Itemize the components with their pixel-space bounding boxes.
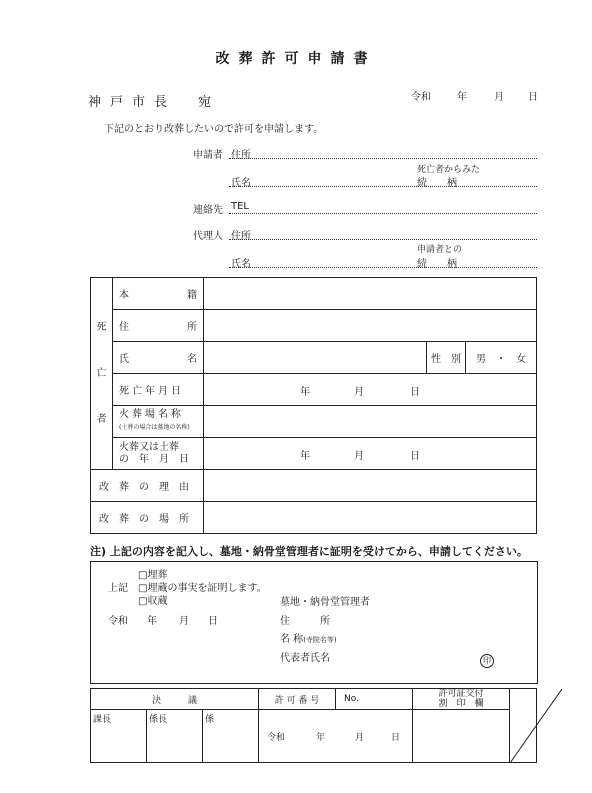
date-day: 日 bbox=[528, 88, 538, 103]
page-title: 改葬許可申請書 bbox=[0, 48, 592, 68]
role-subsection-chief[interactable]: 係長 bbox=[147, 710, 203, 763]
date-year: 年 bbox=[457, 88, 467, 103]
cert-manager-title: 墓地・納骨堂管理者 bbox=[280, 593, 370, 608]
reason-label: 改 葬 の 理 由 bbox=[91, 470, 204, 502]
intro-text: 下記のとおり改葬したいので許可を申請します。 bbox=[104, 120, 323, 135]
permit-date-field[interactable]: 令和 年 月 日 bbox=[259, 710, 413, 763]
name-field[interactable] bbox=[204, 342, 427, 374]
cert-prefix: 上記 bbox=[108, 579, 128, 594]
applicant-address-field[interactable] bbox=[229, 158, 537, 159]
permit-no-label: 許 可 番 号 bbox=[259, 689, 336, 710]
agent-relation-note: 申請者との bbox=[417, 242, 462, 255]
death-date-field[interactable]: 年 月 日 bbox=[204, 374, 537, 406]
cremation-place-field[interactable] bbox=[204, 406, 537, 438]
date-era: 令和 bbox=[411, 88, 431, 103]
seal-icon: 印 bbox=[480, 648, 494, 668]
cert-date-year: 年 bbox=[147, 612, 157, 627]
cert-rep-label: 代表者氏名 bbox=[280, 649, 330, 664]
cert-date-era: 令和 bbox=[108, 612, 128, 627]
contact-label: 連絡先 bbox=[193, 201, 223, 216]
death-date-label: 死亡年月日 bbox=[113, 374, 204, 406]
cert-name-label: 名 称(寺院名等) bbox=[280, 630, 337, 645]
instruction-note: 注) 上記の内容を記入し、墓地・納骨堂管理者に証明を受けてから、申請してください… bbox=[90, 543, 528, 559]
cert-date-month: 月 bbox=[179, 612, 189, 627]
role-section-chief[interactable]: 課長 bbox=[91, 710, 147, 763]
addressee: 神戸市長 宛 bbox=[88, 91, 220, 110]
agent-address-field[interactable] bbox=[229, 239, 537, 240]
cert-address-label: 住 所 bbox=[280, 612, 330, 627]
diagonal-cell bbox=[510, 689, 537, 763]
diagonal-line-icon bbox=[510, 689, 562, 763]
applicant-name-field[interactable] bbox=[229, 186, 537, 187]
cert-option-storage[interactable]: □収蔵 bbox=[138, 592, 167, 607]
deceased-table: 死亡者 本籍 住所 氏名 性 別 男 ・ 女 死亡年月日 年 月 日 火葬場名称… bbox=[90, 277, 537, 534]
address-label: 住所 bbox=[113, 310, 204, 342]
cremation-date-label: 火葬又は土葬 の 年 月 日 bbox=[113, 438, 204, 470]
cremation-date-field[interactable]: 年 月 日 bbox=[204, 438, 537, 470]
cert-date-day: 日 bbox=[208, 612, 218, 627]
contact-tel-field[interactable] bbox=[229, 213, 537, 214]
permit-no-field[interactable]: No. bbox=[336, 689, 413, 710]
agent-label: 代理人 bbox=[193, 227, 223, 242]
decision-label: 決 議 bbox=[91, 689, 259, 710]
name-label: 氏名 bbox=[113, 342, 204, 374]
address-field[interactable] bbox=[204, 310, 537, 342]
reason-field[interactable] bbox=[204, 470, 537, 502]
office-use-table: 決 議 許 可 番 号 No. 許可証交付割 印 欄 課長 係長 係 令和 年 … bbox=[90, 688, 537, 763]
honseki-label: 本籍 bbox=[113, 278, 204, 310]
place-label: 改 葬 の 場 所 bbox=[91, 502, 204, 534]
place-field[interactable] bbox=[204, 502, 537, 534]
role-staff[interactable]: 係 bbox=[203, 710, 259, 763]
date-month: 月 bbox=[494, 88, 504, 103]
gender-label: 性 別 bbox=[427, 342, 466, 374]
manager-certificate-box: 上記 □埋葬 □埋蔵の事実を証明します。 □収蔵 令和 年 月 日 墓地・納骨堂… bbox=[90, 561, 538, 684]
cremation-place-label: 火葬場名称 (土葬の場合は墓地の名称) bbox=[113, 406, 204, 438]
contact-tel-label: TEL bbox=[231, 201, 249, 212]
stamp-field[interactable] bbox=[413, 710, 510, 763]
deceased-side-label: 死亡者 bbox=[91, 278, 113, 470]
stamp-label: 許可証交付割 印 欄 bbox=[413, 689, 510, 710]
gender-options[interactable]: 男 ・ 女 bbox=[466, 342, 537, 374]
applicant-label: 申請者 bbox=[193, 146, 223, 161]
agent-name-field[interactable] bbox=[229, 267, 537, 268]
honseki-field[interactable] bbox=[204, 278, 537, 310]
